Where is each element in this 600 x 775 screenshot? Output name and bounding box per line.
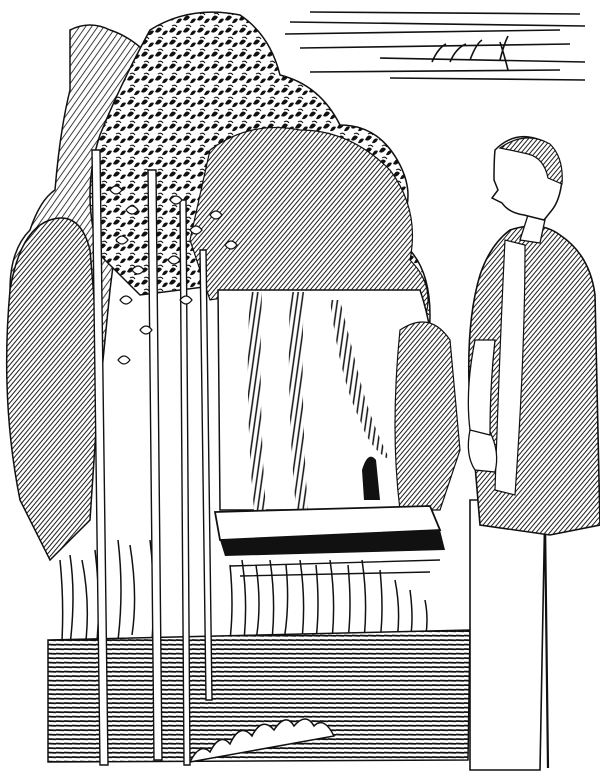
waterfall [218, 290, 460, 510]
reeds [60, 540, 427, 645]
standing-man [468, 137, 600, 770]
stone-ledge [215, 506, 445, 576]
sky-streaks [285, 12, 585, 80]
left-bush [7, 218, 100, 560]
ink-illustration [0, 0, 600, 775]
